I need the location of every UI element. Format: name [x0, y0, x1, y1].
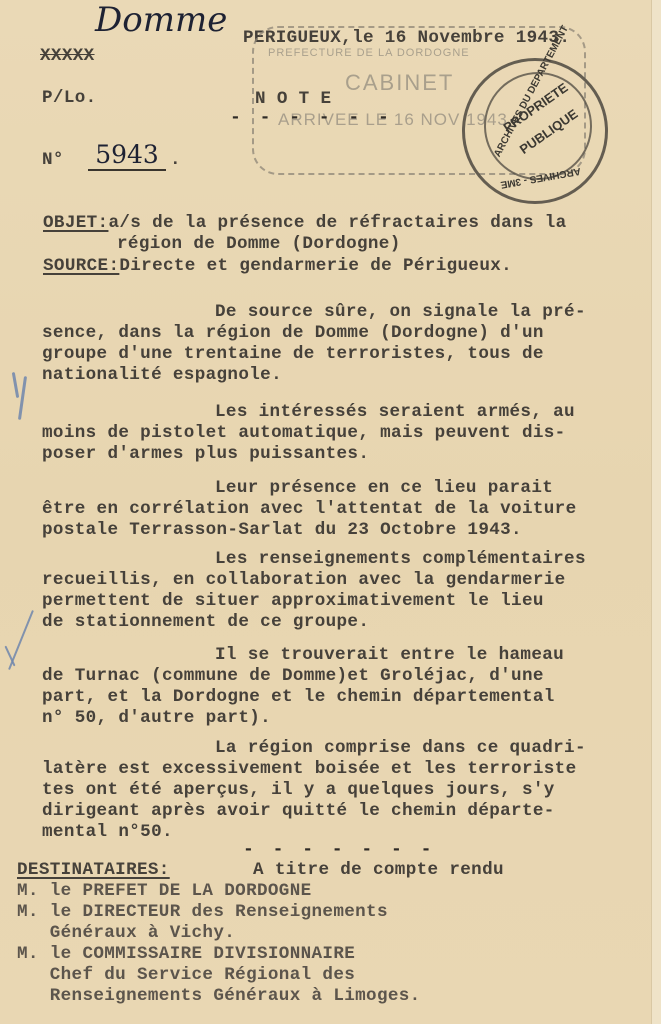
recipient-line: Renseignements Généraux à Limoges. — [17, 986, 421, 1007]
destinataires-label: DESTINATAIRES: — [17, 860, 170, 881]
recipient-line: Chef du Service Régional des — [17, 965, 355, 986]
objet-line-1: OBJET:a/s de la présence de réfractaires… — [43, 213, 567, 234]
body-line: postale Terrasson-Sarlat du 23 Octobre 1… — [42, 520, 522, 541]
body-line: groupe d'une trentaine de terroristes, t… — [42, 344, 544, 365]
objet-label: OBJET: — [43, 213, 108, 233]
body-line: part, et la Dordogne et le chemin départ… — [42, 687, 555, 708]
body-line: De source sûre, on signale la pré- — [215, 302, 586, 323]
struck-text: XXXXX — [40, 46, 95, 67]
body-line: Les renseignements complémentaires — [215, 549, 586, 570]
body-line: recueillis, en collaboration avec la gen… — [42, 570, 566, 591]
body-line: dirigeant après avoir quitté le chemin d… — [42, 801, 555, 822]
recipient-line: M. le PREFET DE LA DORDOGNE — [17, 881, 312, 902]
body-line: Leur présence en ce lieu parait — [215, 478, 553, 499]
paper-edge — [651, 0, 661, 1024]
body-line: poser d'armes plus puissantes. — [42, 444, 369, 465]
recipient-line: M. le DIRECTEUR des Renseignements — [17, 902, 388, 923]
body-line: moins de pistolet automatique, mais peuv… — [42, 423, 566, 444]
ref-code: P/Lo. — [42, 88, 97, 109]
source-line: SOURCE:Directe et gendarmerie de Périgue… — [43, 256, 512, 277]
note-title: N O T E — [255, 89, 331, 110]
body-line: Les intéressés seraient armés, au — [215, 402, 575, 423]
body-line: être en corrélation avec l'attentat de l… — [42, 499, 577, 520]
body-line: latère est excessivement boisée et les t… — [42, 759, 577, 780]
body-line: sence, dans la région de Domme (Dordogne… — [42, 323, 544, 344]
number-suffix: . — [170, 150, 181, 171]
recipient-line: M. le COMMISSAIRE DIVISIONNAIRE — [17, 944, 355, 965]
document-number: 5943 — [88, 140, 166, 171]
note-dashes: - - - - - - — [230, 108, 393, 128]
recipient-line: Généraux à Vichy. — [17, 923, 235, 944]
body-line: Il se trouverait entre le hameau — [215, 645, 564, 666]
body-line: La région comprise dans ce quadri- — [215, 738, 586, 759]
handwritten-place: Domme — [95, 0, 227, 40]
body-line: de Turnac (commune de Domme)et Groléjac,… — [42, 666, 544, 687]
body-line: tes ont été aperçus, il y a quelques jou… — [42, 780, 555, 801]
number-label: N° — [42, 150, 64, 171]
body-line: de stationnement de ce groupe. — [42, 612, 369, 633]
body-line: permettent de situer approximativement l… — [42, 591, 544, 612]
destinataires-note: A titre de compte rendu — [253, 860, 504, 881]
cabinet-stamp-top: PREFECTURE DE LA DORDOGNE — [268, 47, 470, 59]
body-line: nationalité espagnole. — [42, 365, 282, 386]
cabinet-stamp-office: CABINET — [345, 70, 454, 96]
body-line: mental n°50. — [42, 822, 173, 843]
body-line: n° 50, d'autre part). — [42, 708, 271, 729]
source-label: SOURCE: — [43, 256, 119, 276]
closing-dashes: - - - - - - - — [243, 840, 435, 860]
objet-line-2: région de Domme (Dordogne) — [117, 234, 401, 255]
